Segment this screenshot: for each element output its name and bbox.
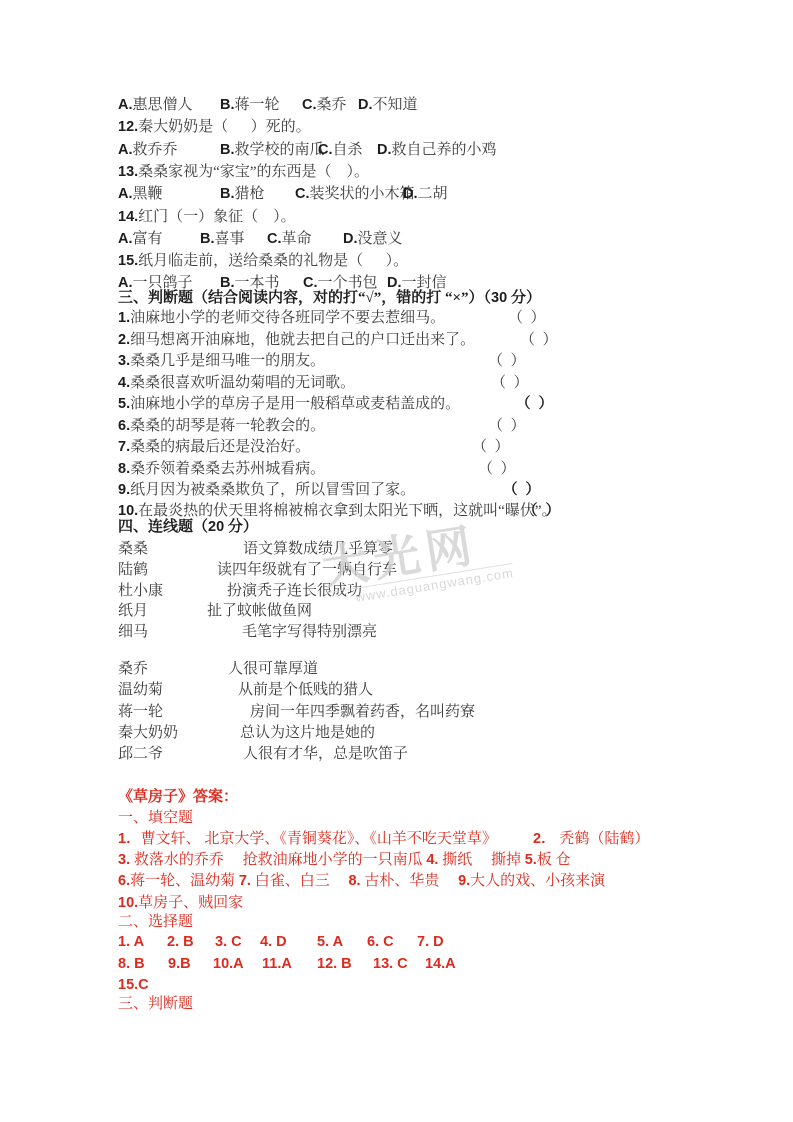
match-row-sangsang: 桑桑语文算数成绩几乎算零	[118, 539, 718, 560]
match-row-qindanainai: 秦大奶奶总认为这片地是她的	[118, 723, 718, 744]
judge-9: 9.纸月因为被桑桑欺负了，所以冒雪回了家。（ ）	[118, 480, 718, 501]
judge-3: 3.桑桑几乎是细马唯一的朋友。（ ）	[118, 351, 718, 372]
mc-q14-options: A.富有B.喜事C.革命D.没意义	[118, 229, 718, 250]
mc-q15: 15.纸月临走前，送给桑桑的礼物是（ ）。	[118, 251, 718, 272]
section-3-heading: 三、判断题（结合阅读内容，对的打“√”，错的打 “×”）（30 分）	[118, 288, 718, 309]
mc-q13-options: A.黑鞭B.猎枪C.装奖状的小木箱D.二胡	[118, 184, 718, 205]
answers-choice-15: 15.C	[118, 975, 718, 996]
match-row-xima: 细马毛笔字写得特别漂亮	[118, 622, 718, 643]
document-page: A.惠思僧人B.蒋一轮C.桑乔D.不知道12.秦大奶奶是（ ）死的。A.救乔乔B…	[0, 0, 793, 1122]
judge-8: 8.桑乔领着桑桑去苏州城看病。（ ）	[118, 459, 718, 480]
answers-fill-10: 10.草房子、贼回家	[118, 893, 718, 914]
match-row-jiangyilun: 蒋一轮房间一年四季飘着药香，名叫药寮	[118, 702, 718, 723]
answers-fill-6-9: 6.蒋一轮、温幼菊 7. 白雀、白三 8. 古朴、华贵 9.大人的戏、小孩来演	[118, 871, 718, 892]
match-row-sangqiao: 桑乔人很可靠厚道	[118, 659, 718, 680]
match-row-duxiaokang: 杜小康扮演秃子连长很成功	[118, 581, 718, 602]
judge-2: 2.细马想离开油麻地，他就去把自己的户口迁出来了。（ ）	[118, 330, 718, 351]
mc-q12-options: A.救乔乔B.救学校的南瓜C.自杀D.救自己养的小鸡	[118, 140, 718, 161]
judge-4: 4.桑桑很喜欢听温幼菊唱的无词歌。（ ）	[118, 373, 718, 394]
answers-choice-8-14: 8. B9.B10.A11.A12. B13. C14.A	[118, 954, 718, 975]
section-4-heading: 四、连线题（20 分）	[118, 517, 718, 538]
judge-6: 6.桑桑的胡琴是蒋一轮教会的。（ ）	[118, 416, 718, 437]
judge-7: 7.桑桑的病最后还是没治好。（ ）	[118, 437, 718, 458]
judge-5: 5.油麻地小学的草房子是用一般稻草或麦秸盖成的。（ ）	[118, 394, 718, 415]
mc-q14: 14.红门（一）象征（ ）。	[118, 207, 718, 228]
answers-fill-1-2: 1．曹文轩、 北京大学、《青铜葵花》、《山羊不吃天堂草》2． 秃鹤（陆鹤）	[118, 829, 718, 850]
answers-section-2-heading: 二、选择题	[118, 912, 718, 933]
answers-section-3-heading: 三、判断题	[118, 994, 718, 1015]
match-row-qiuerye: 邱二爷人很有才华，总是吹笛子	[118, 744, 718, 765]
document-body: A.惠思僧人B.蒋一轮C.桑乔D.不知道12.秦大奶奶是（ ）死的。A.救乔乔B…	[118, 0, 738, 1122]
answers-fill-3-5: 3. 救落水的乔乔 抢救油麻地小学的一只南瓜 4. 撕纸 撕掉 5.板 仓	[118, 850, 718, 871]
match-row-zhiyue: 纸月扯了蚊帐做鱼网	[118, 601, 718, 622]
mc-q13: 13.桑桑家视为“家宝”的东西是（ ）。	[118, 162, 718, 183]
mc-q11-options: A.惠思僧人B.蒋一轮C.桑乔D.不知道	[118, 95, 718, 116]
answers-choice-1-7: 1. A2. B3. C4. D5. A6. C7. D	[118, 932, 718, 953]
answers-section-1-heading: 一、填空题	[118, 808, 718, 829]
match-row-luhe: 陆鹤读四年级就有了一辆自行车	[118, 560, 718, 581]
answers-title: 《草房子》答案：	[118, 787, 718, 808]
mc-q12: 12.秦大奶奶是（ ）死的。	[118, 117, 718, 138]
judge-1: 1.油麻地小学的老师交待各班同学不要去惹细马。（ ）	[118, 308, 718, 329]
match-row-wenyouju: 温幼菊从前是个低贱的猎人	[118, 680, 718, 701]
